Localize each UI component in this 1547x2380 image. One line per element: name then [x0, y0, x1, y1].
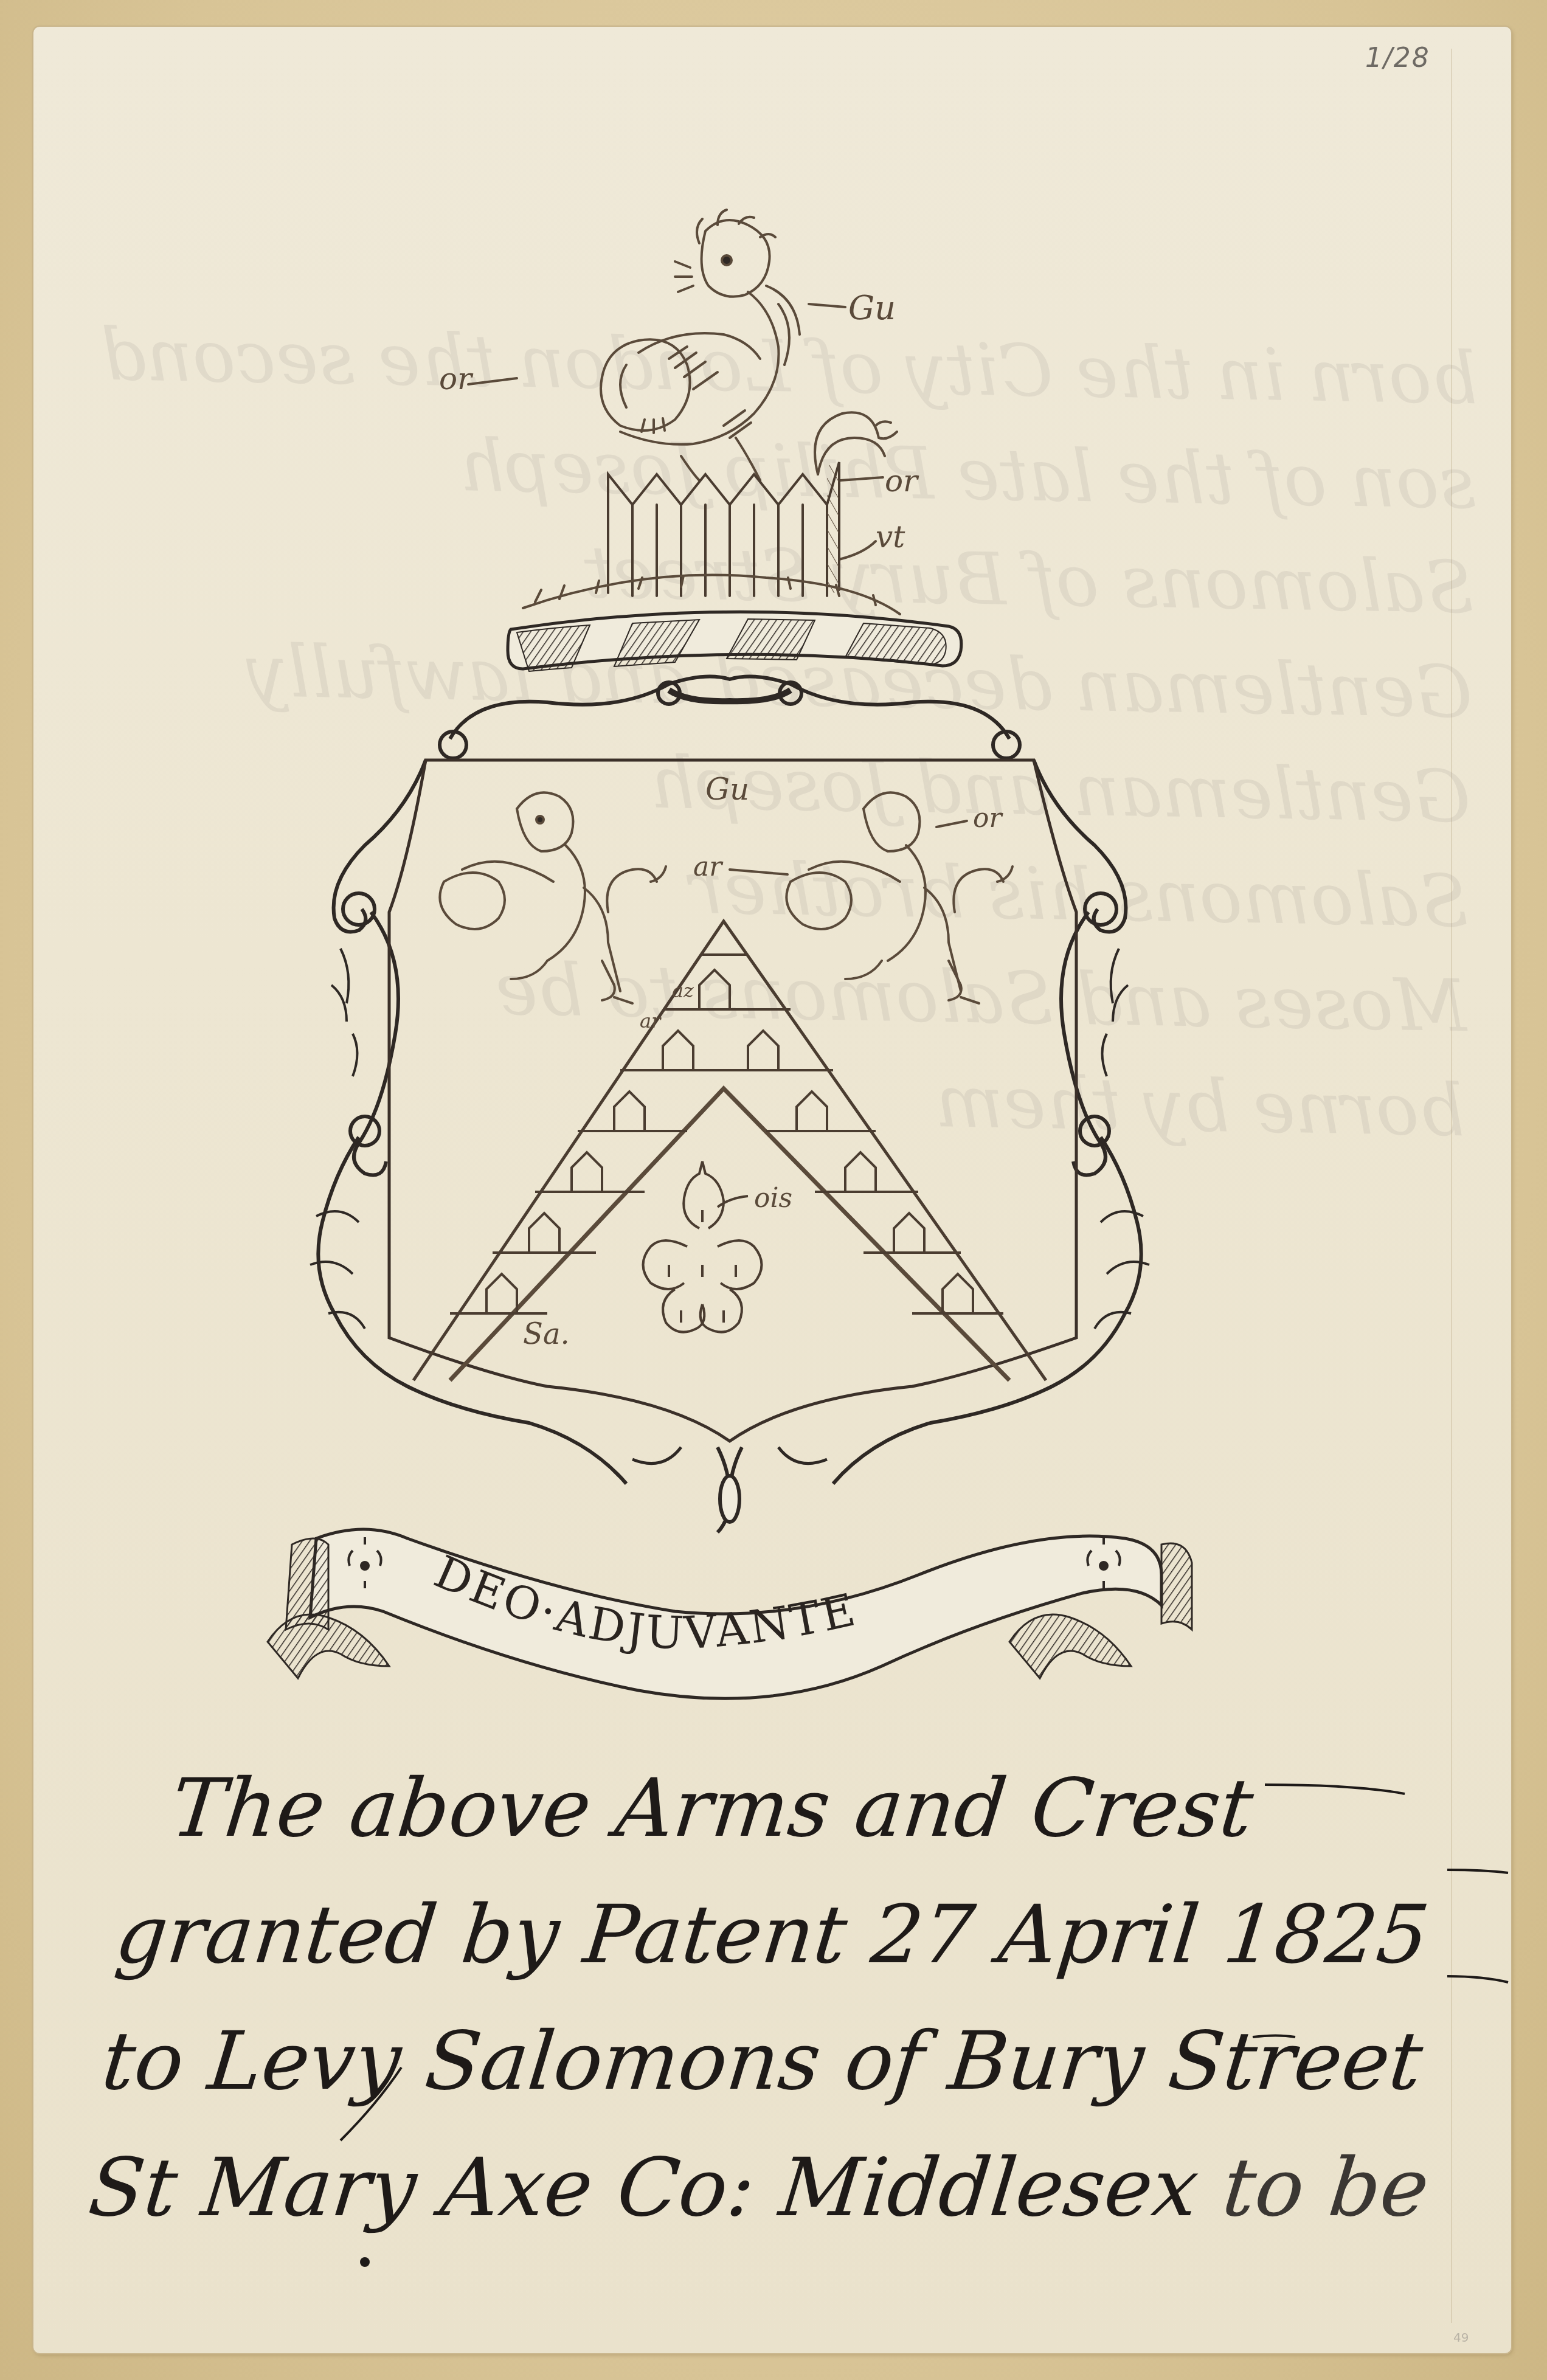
crest-lion-icon [601, 210, 897, 480]
caption-line: to Levy Salomons of Bury Street [96, 1998, 1484, 2125]
shield-tincture-lion: or [973, 803, 1003, 834]
crest-tincture-lion: Gu [848, 289, 896, 327]
shield-tincture-base: Sa. [523, 1317, 570, 1351]
shield-tincture-vair-white: ar [640, 1009, 662, 1033]
shield-lion-sinister-icon [730, 792, 1012, 1003]
crest-tincture-palisade: or [885, 463, 919, 499]
crest-torse-icon [508, 612, 961, 671]
crest-tincture-roundel: or [439, 361, 474, 396]
motto-scroll: DEO·ADJUVANTE [268, 1529, 1192, 1698]
shield-tincture-trefoil: ois [754, 1183, 792, 1214]
crest [468, 210, 900, 614]
shield-tincture-field: Gu [705, 772, 749, 807]
caption-line: granted by Patent 27 April 1825 [109, 1872, 1497, 1998]
shield-tincture-vair-blue: az [672, 979, 694, 1002]
caption-line-text: St Mary Axe Co: Middlesex [85, 2141, 1203, 2235]
caption-line: The above Arms and Crest [123, 1745, 1511, 1872]
shield-tincture-roundel: ar [693, 851, 724, 882]
crest-tincture-mount: vt [876, 519, 905, 555]
chevron-vair [414, 921, 1046, 1380]
shield [389, 760, 1076, 1441]
caption-trailing-words: to be [1219, 2141, 1433, 2235]
caption-line-last: St Mary Axe Co: Middlesex to be [83, 2125, 1470, 2251]
shield-trefoil-icon [643, 1161, 762, 1332]
crest-mount-icon [523, 575, 900, 614]
grant-caption: The above Arms and Crest granted by Pate… [83, 1745, 1510, 2251]
shield-lion-dexter-icon [440, 792, 666, 1003]
